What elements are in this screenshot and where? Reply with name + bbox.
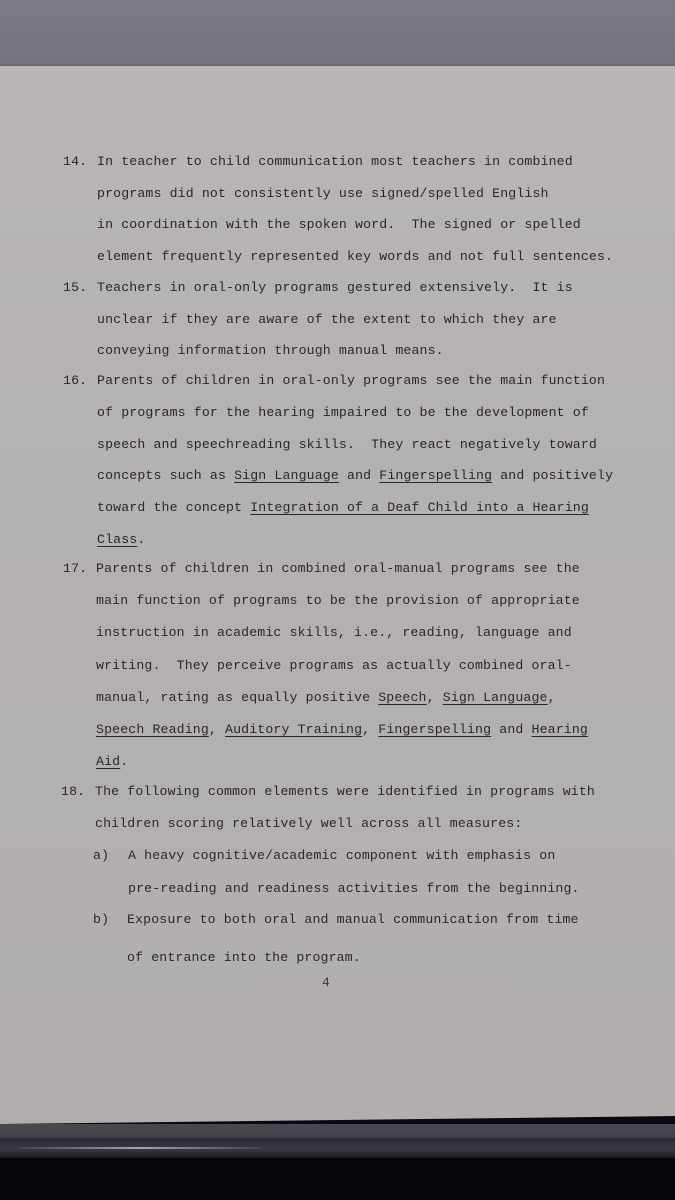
item-text-line: Class. [97,532,145,547]
page-number: 4 [322,975,330,990]
subitem-label: a) [93,848,109,863]
underlined-term: Fingerspelling [379,468,492,483]
item-text-line: Teachers in oral-only programs gestured … [97,280,573,295]
item-number: 14. [63,154,87,169]
underlined-term: Speech [378,690,426,705]
underlined-term: Hearing [532,722,588,737]
item-text-line: The following common elements were ident… [95,784,595,799]
item-text-line: conveying information through manual mea… [97,343,444,358]
item-text-line: Parents of children in combined oral-man… [96,561,580,576]
item-text-line: of programs for the hearing impaired to … [97,405,589,420]
item-text-line: main function of programs to be the prov… [96,593,580,608]
subitem-text-line: A heavy cognitive/academic component wit… [128,848,555,863]
item-number: 16. [63,373,87,388]
item-number: 17. [63,561,87,576]
item-text-line: Aid. [96,754,128,769]
background-surface-top [0,0,675,66]
underlined-term: Auditory Training [225,722,362,737]
underlined-term: Integration of a Deaf Child into a Heari… [250,500,589,515]
underlined-term: Speech Reading [96,722,209,737]
item-text-line: unclear if they are aware of the extent … [97,312,557,327]
item-text-line: concepts such as Sign Language and Finge… [97,468,613,483]
underlined-term: Class [97,532,137,547]
item-text-line: toward the concept Integration of a Deaf… [97,500,589,515]
item-text-line: Parents of children in oral-only program… [97,373,605,388]
subitem-text-line: of entrance into the program. [127,950,361,965]
underlined-term: Sign Language [234,468,339,483]
subitem-text-line: Exposure to both oral and manual communi… [127,912,579,927]
item-text-line: In teacher to child communication most t… [97,154,573,169]
item-number: 18. [61,784,85,799]
underlined-term: Fingerspelling [378,722,491,737]
item-text-line: Speech Reading, Auditory Training, Finge… [96,722,588,737]
item-text-line: element frequently represented key words… [97,249,613,264]
item-text-line: instruction in academic skills, i.e., re… [96,625,572,640]
underlined-term: Sign Language [443,690,548,705]
edge-glint [20,1147,260,1149]
item-number: 15. [63,280,87,295]
background-surface-bottom [0,1158,675,1200]
item-text-line: writing. They perceive programs as actua… [96,658,572,673]
subitem-text-line: pre-reading and readiness activities fro… [128,881,580,896]
underlined-term: Aid [96,754,120,769]
item-text-line: programs did not consistently use signed… [97,186,549,201]
item-text-line: speech and speechreading skills. They re… [97,437,597,452]
subitem-label: b) [93,912,109,927]
item-text-line: in coordination with the spoken word. Th… [97,217,581,232]
item-text-line: children scoring relatively well across … [95,816,522,831]
item-text-line: manual, rating as equally positive Speec… [96,690,556,705]
binder-edge [0,1138,675,1158]
